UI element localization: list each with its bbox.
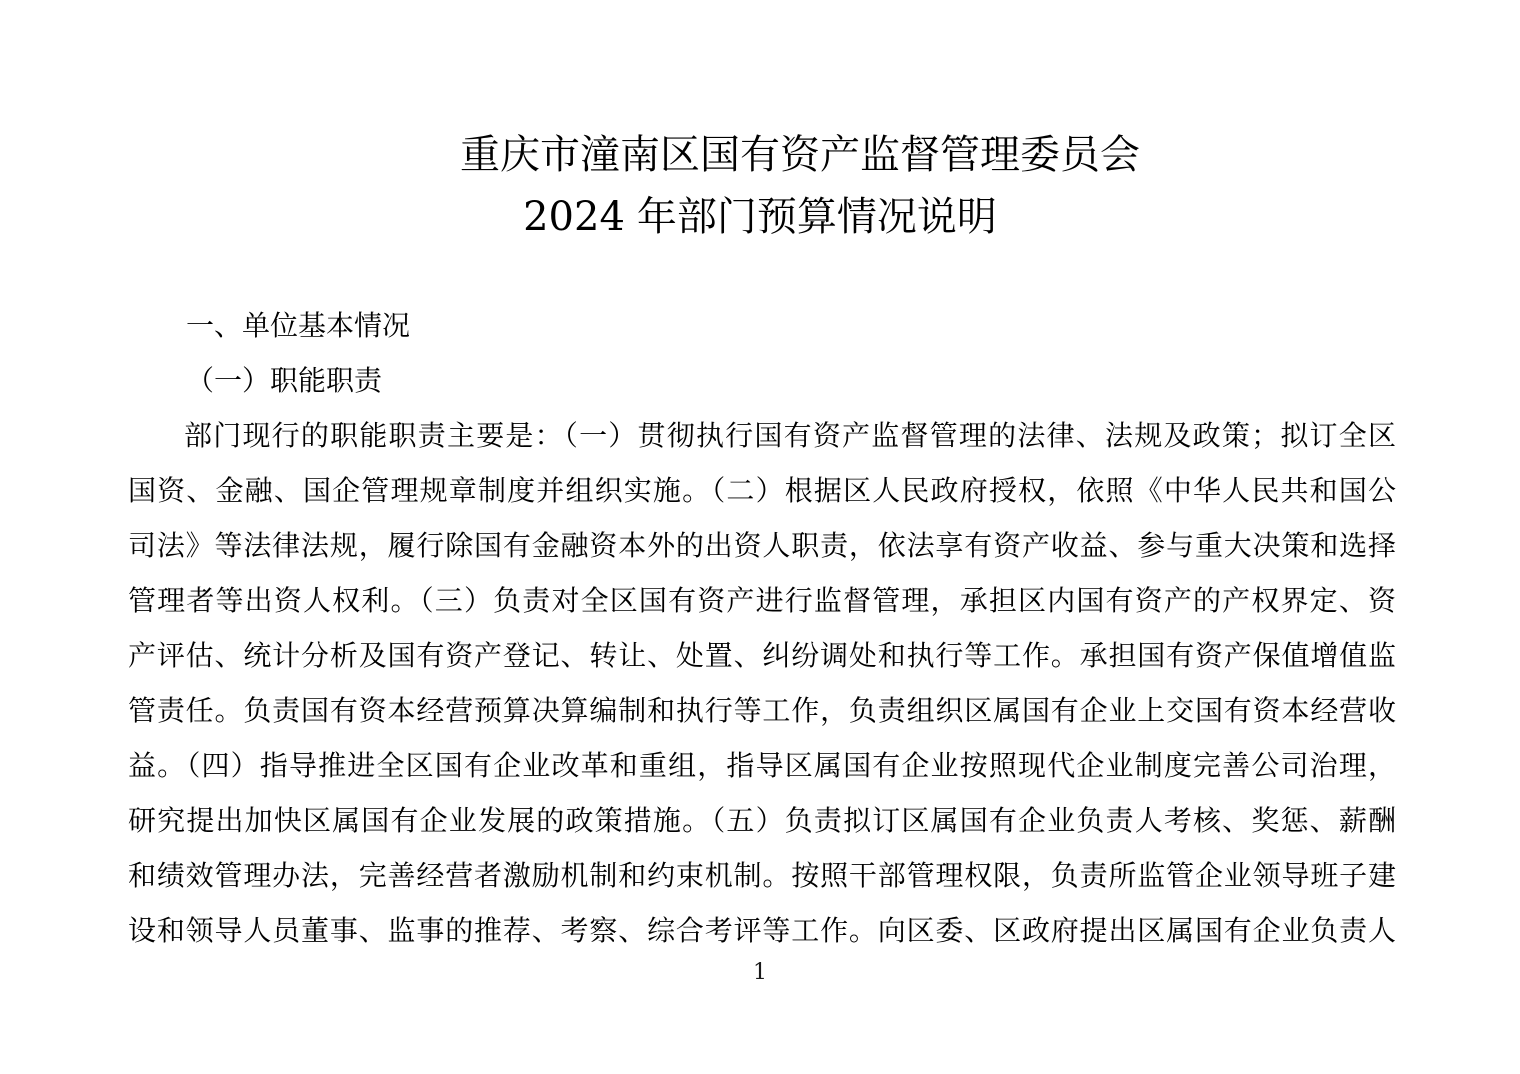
title-year-text: 2024 [523,194,625,240]
paragraph-line: 司法》等法律法规，履行除国有金融资本外的出资人职责，依法享有资产收益、参与重大决… [128,518,1396,573]
paragraph-line: 部门现行的职能职责主要是：（一）贯彻执行国有资产监督管理的法律、法规及政策；拟订… [128,408,1396,463]
document-body: 一、单位基本情况 （一）职能职责 部门现行的职能职责主要是：（一）贯彻执行国有资… [128,298,1396,958]
paragraph-line: 益。（四）指导推进全区国有企业改革和重组，指导区属国有企业按照现代企业制度完善公… [128,738,1396,793]
paragraph-line: 设和领导人员董事、监事的推荐、考察、综合考评等工作。向区委、区政府提出区属国有企… [128,903,1396,958]
document-title-line1: 重庆市潼南区国有资产监督管理委员会 [0,126,1520,184]
paragraph-line: 和绩效管理办法，完善经营者激励机制和约束机制。按照干部管理权限，负责所监管企业领… [128,848,1396,903]
section-heading: 一、单位基本情况 [128,298,1396,353]
paragraph-line: 管责任。负责国有资本经营预算决算编制和执行等工作，负责组织区属国有企业上交国有资… [128,683,1396,738]
paragraph-line: 管理者等出资人权利。（三）负责对全区国有资产进行监督管理，承担区内国有资产的产权… [128,573,1396,628]
page-footer: 1 [0,958,1520,988]
document-title-line2: 2024年部门预算情况说明 [0,188,1520,246]
document-page: 重庆市潼南区国有资产监督管理委员会 2024年部门预算情况说明 一、单位基本情况… [0,0,1520,1074]
paragraph-line: 国资、金融、国企管理规章制度并组织实施。（二）根据区人民政府授权，依照《中华人民… [128,463,1396,518]
title-subtitle-text: 年部门预算情况说明 [637,194,997,240]
paragraph-line: 产评估、统计分析及国有资产登记、转让、处置、纠纷调处和执行等工作。承担国有资产保… [128,628,1396,683]
subsection-heading: （一）职能职责 [128,353,1396,408]
document-title: 重庆市潼南区国有资产监督管理委员会 2024年部门预算情况说明 [0,126,1520,246]
page-number: 1 [753,960,767,985]
paragraph-line: 研究提出加快区属国有企业发展的政策措施。（五）负责拟订区属国有企业负责人考核、奖… [128,793,1396,848]
